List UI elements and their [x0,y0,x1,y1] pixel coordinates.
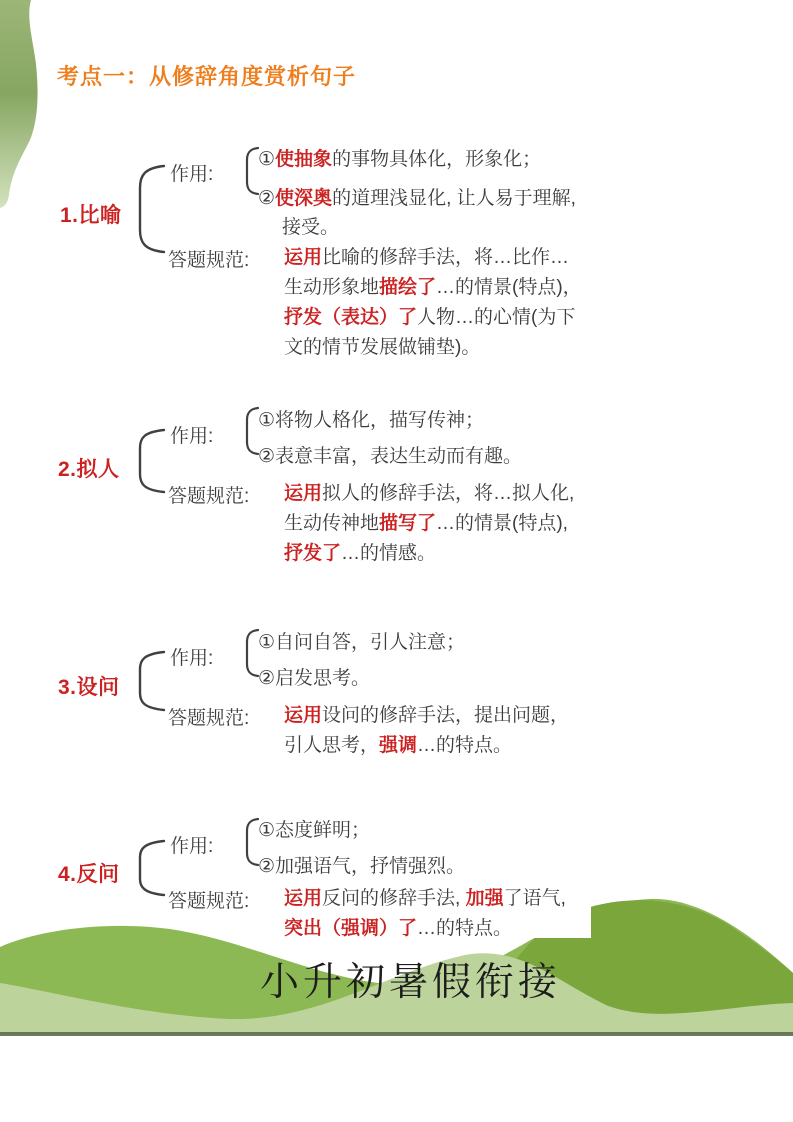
text-segment: ②加强语气，抒情强烈。 [258,856,465,877]
text-segment: ①态度鲜明； [258,820,370,841]
answer-format-label: 答题规范: [168,245,249,272]
document-page: 考点一：从修辞角度赏析句子 1.比喻 作用: ①使抽象的事物具体化，形象化； ②… [0,0,793,1122]
answer-format-label: 答题规范: [168,886,249,913]
text-segment: ① [258,149,275,170]
answer-format-block: 运用设问的修辞手法，提出问题， 引人思考，强调…的特点。 [284,701,569,761]
function-point-1: ①使抽象的事物具体化，形象化； [258,144,541,171]
function-label: 作用: [170,159,213,186]
highlight-segment: 运用 [284,705,322,726]
text-segment: 反问的修辞手法, [322,888,466,909]
function-label: 作用: [170,421,213,448]
answer-format-block: 运用比喻的修辞手法，将…比作… 生动形象地描绘了…的情景(特点)， 抒发（表达）… [284,243,582,363]
text-segment: 接受。 [282,217,339,238]
highlight-segment: 强调 [379,735,417,756]
highlight-segment: 描绘了 [379,277,436,298]
term-label: 2.拟人 [58,453,120,483]
text-segment: …的特点。 [417,918,512,939]
outer-brace [132,428,166,494]
answer-format-label: 答题规范: [168,481,249,508]
highlight-segment: 突出（强调）了 [284,918,417,939]
answer-format-block: 运用反问的修辞手法, 加强了语气, 突出（强调）了…的特点。 [284,884,566,944]
function-point-2: ②使深奥的道理浅显化, 让人易于理解, [258,183,576,210]
text-segment: ①自问自答，引人注意； [258,632,465,653]
highlight-segment: 描写了 [379,513,436,534]
text-segment: 了语气, [504,888,566,909]
function-point-2: ②启发思考。 [258,663,370,690]
answer-format-label: 答题规范: [168,703,249,730]
answer-line: 引人思考，强调…的特点。 [284,731,569,761]
answer-line: 生动传神地描写了…的情景(特点), [284,509,574,539]
answer-line: 文的情节发展做铺垫)。 [284,333,582,363]
corner-leaf-shape [0,0,48,210]
outer-brace [132,164,166,254]
outer-brace [132,650,166,712]
function-point-1: ①将物人格化，描写传神； [258,405,484,432]
function-label: 作用: [170,831,213,858]
answer-line: 突出（强调）了…的特点。 [284,914,566,944]
function-point-1: ①自问自答，引人注意； [258,627,465,654]
outer-brace [132,839,166,897]
text-segment: 引人思考， [284,735,379,756]
answer-line: 运用反问的修辞手法, 加强了语气, [284,884,566,914]
text-segment: …的情景(特点), [436,513,568,534]
text-segment: 设问的修辞手法，提出问题， [322,705,569,726]
answer-line: 运用拟人的修辞手法，将…拟人化, [284,479,574,509]
text-segment: 的道理浅显化, 让人易于理解, [332,188,576,209]
highlight-segment: 运用 [284,888,322,909]
page-title: 考点一：从修辞角度赏析句子 [57,60,356,91]
term-label: 1.比喻 [60,199,122,229]
text-segment: 人物…的心情(为下 [417,307,575,328]
answer-line: 运用比喻的修辞手法，将…比作… [284,243,582,273]
highlight-segment: 运用 [284,247,322,268]
text-segment: ② [258,188,275,209]
function-point-continuation: 接受。 [282,212,339,239]
function-label: 作用: [170,643,213,670]
text-segment: ②表意丰富，表达生动而有趣。 [258,446,522,467]
text-segment: 的事物具体化，形象化； [332,149,541,170]
highlight-segment: 抒发了 [284,543,341,564]
highlight-segment: 加强 [466,888,504,909]
text-segment: …的情感。 [341,543,436,564]
term-label: 3.设问 [58,671,120,701]
text-segment: 比喻的修辞手法，将…比作… [322,247,569,268]
function-point-2: ②表意丰富，表达生动而有趣。 [258,441,522,468]
highlight-segment: 运用 [284,483,322,504]
text-segment: …的情景(特点)， [436,277,582,298]
answer-line: 抒发（表达）了人物…的心情(为下 [284,303,582,333]
highlight-segment: 使深奥 [275,188,332,209]
function-point-1: ①态度鲜明； [258,815,370,842]
highlight-segment: 使抽象 [275,149,332,170]
answer-format-block: 运用拟人的修辞手法，将…拟人化, 生动传神地描写了…的情景(特点), 抒发了…的… [284,479,574,569]
text-segment: 生动形象地 [284,277,379,298]
text-segment: 拟人的修辞手法，将…拟人化, [322,483,574,504]
text-segment: 文的情节发展做铺垫)。 [284,337,480,358]
highlight-segment: 抒发（表达）了 [284,307,417,328]
text-segment: …的特点。 [417,735,512,756]
answer-line: 抒发了…的情感。 [284,539,574,569]
banner-title: 小升初暑假衔接 [260,951,561,1007]
bottom-rule [0,1032,793,1036]
term-label: 4.反问 [58,858,120,888]
answer-line: 生动形象地描绘了…的情景(特点)， [284,273,582,303]
text-segment: 生动传神地 [284,513,379,534]
function-point-2: ②加强语气，抒情强烈。 [258,851,465,878]
text-segment: ①将物人格化，描写传神； [258,410,484,431]
text-segment: ②启发思考。 [258,668,370,689]
answer-line: 运用设问的修辞手法，提出问题， [284,701,569,731]
